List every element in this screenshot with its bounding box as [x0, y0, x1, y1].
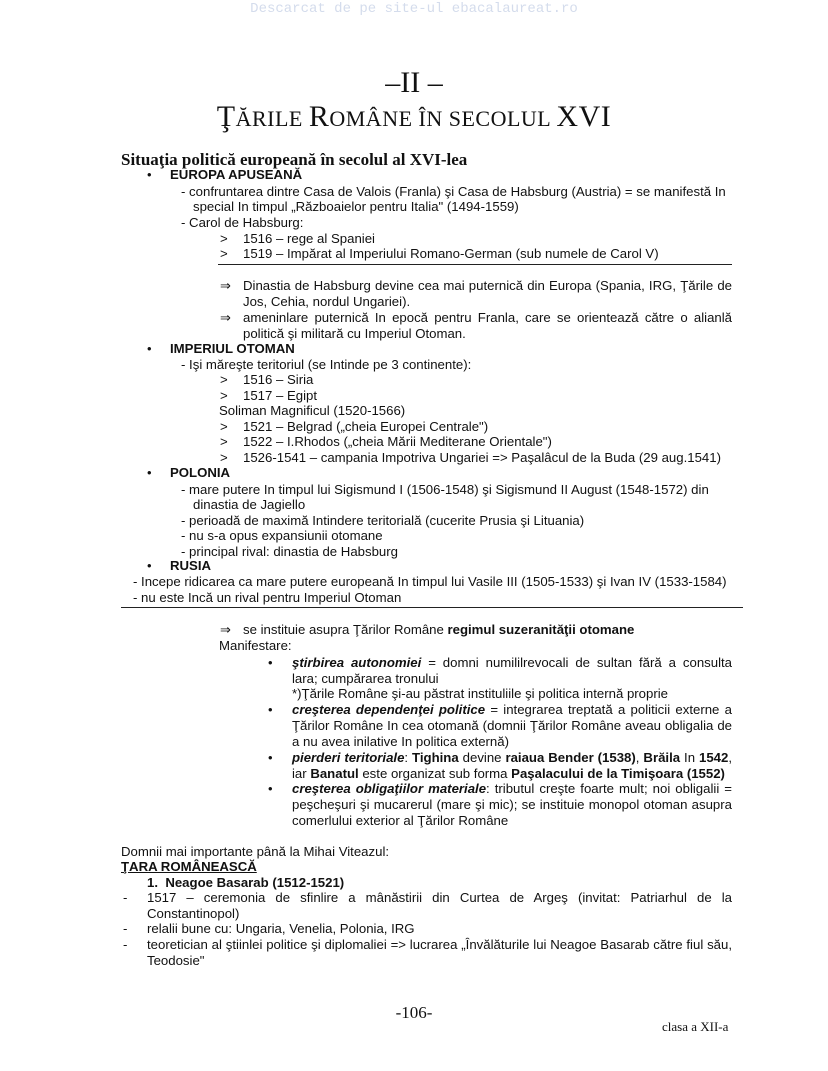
dash-icon: -: [123, 890, 127, 906]
bullet-icon: •: [268, 781, 273, 797]
bullet-icon: •: [147, 167, 152, 183]
list-item: special In timpul „Războaielor pentru It…: [193, 199, 519, 215]
bullet-icon: •: [147, 558, 152, 574]
chevron-right-icon: >: [220, 450, 228, 466]
chapter-number: –II –: [0, 66, 828, 100]
list-item: relalii bune cu: Ungaria, Venelia, Polon…: [147, 921, 415, 937]
divider: [121, 607, 743, 608]
list-item: - Işi măreşte teritoriul (se Intinde pe …: [181, 357, 471, 373]
list-item: 1516 – rege al Spaniei: [243, 231, 375, 247]
list-item: ştirbirea autonomiei = domni numililrevo…: [292, 655, 732, 687]
chevron-right-icon: >: [220, 434, 228, 450]
arrow-right-icon: ⇒: [220, 310, 231, 326]
divider: [218, 264, 732, 265]
bullet-icon: •: [268, 702, 273, 718]
list-item: 1517 – Egipt: [243, 388, 317, 404]
list-item: dinastia de Jagiello: [193, 497, 305, 513]
watermark: Descarcat de pe site-ul ebacalaureat.ro: [0, 1, 828, 17]
list-item: - nu s-a opus expansiunii otomane: [181, 528, 383, 544]
chapter-title: ŢĂRILE ROMÂNE ÎN SECOLUL XVI: [0, 100, 828, 134]
list-item: 1516 – Siria: [243, 372, 313, 388]
arrow-right-icon: ⇒: [220, 622, 231, 638]
bullet-icon: •: [147, 341, 152, 357]
bullet-icon: •: [268, 655, 273, 671]
dash-icon: -: [123, 937, 127, 953]
list-note: *)Ţările Române şi-au păstrat institulii…: [292, 686, 668, 702]
list-item: Soliman Magnificul (1520-1566): [219, 403, 405, 419]
region-label-polonia: POLONIA: [170, 465, 230, 481]
list-item: creşterea obligaţiilor materiale: tribut…: [292, 781, 732, 829]
chevron-right-icon: >: [220, 388, 228, 404]
chevron-right-icon: >: [220, 246, 228, 262]
region-label-rusia: RUSIA: [170, 558, 211, 574]
list-item: - nu este Incă un rival pentru Imperiul …: [133, 590, 401, 606]
list-item: pierderi teritoriale: Tighina devine rai…: [292, 750, 732, 782]
list-item: 1522 – I.Rhodos („cheia Mării Mediterane…: [243, 434, 552, 450]
suzerainty-statement: se instituie asupra Ţărilor Române regim…: [243, 622, 634, 638]
arrow-right-icon: ⇒: [220, 278, 231, 294]
list-item: 1517 – ceremonia de sfinlire a mânăstiri…: [147, 890, 732, 922]
list-item: creşterea dependenţei politice = integra…: [292, 702, 732, 750]
list-item: 1519 – Impărat al Imperiului Romano-Germ…: [243, 246, 659, 262]
manifestare-label: Manifestare:: [219, 638, 292, 654]
rulers-intro: Domnii mai importante până la Mihai Vite…: [121, 844, 389, 860]
class-label: clasa a XII-a: [662, 1019, 728, 1035]
bullet-icon: •: [147, 465, 152, 481]
ruler-heading: 1. Neagoe Basarab (1512-1521): [147, 875, 344, 891]
list-item: - mare putere In timpul lui Sigismund I …: [181, 482, 709, 498]
region-label-otoman: IMPERIUL OTOMAN: [170, 341, 295, 357]
chevron-right-icon: >: [220, 419, 228, 435]
list-item: - principal rival: dinastia de Habsburg: [181, 544, 398, 560]
list-item: 1521 – Belgrad („cheia Europei Centrale"…: [243, 419, 488, 435]
chevron-right-icon: >: [220, 231, 228, 247]
country-heading: ŢARA ROMÂNEASCĂ: [121, 859, 257, 875]
list-item: - Carol de Habsburg:: [181, 215, 303, 231]
list-item: Dinastia de Habsburg devine cea mai pute…: [243, 278, 732, 310]
list-item: 1526-1541 – campania Impotriva Ungariei …: [243, 450, 721, 466]
dash-icon: -: [123, 921, 127, 937]
chevron-right-icon: >: [220, 372, 228, 388]
region-label-europa: EUROPA APUSEANĂ: [170, 167, 302, 183]
list-item: - Incepe ridicarea ca mare putere europe…: [133, 574, 727, 590]
bullet-icon: •: [268, 750, 273, 766]
list-item: - perioadă de maximă Intindere teritoria…: [181, 513, 584, 529]
list-item: - confruntarea dintre Casa de Valois (Fr…: [181, 184, 726, 200]
list-item: ameninlare puternică In epocă pentru Fra…: [243, 310, 732, 342]
list-item: teoretician al ştiinlei politice şi dipl…: [147, 937, 732, 969]
